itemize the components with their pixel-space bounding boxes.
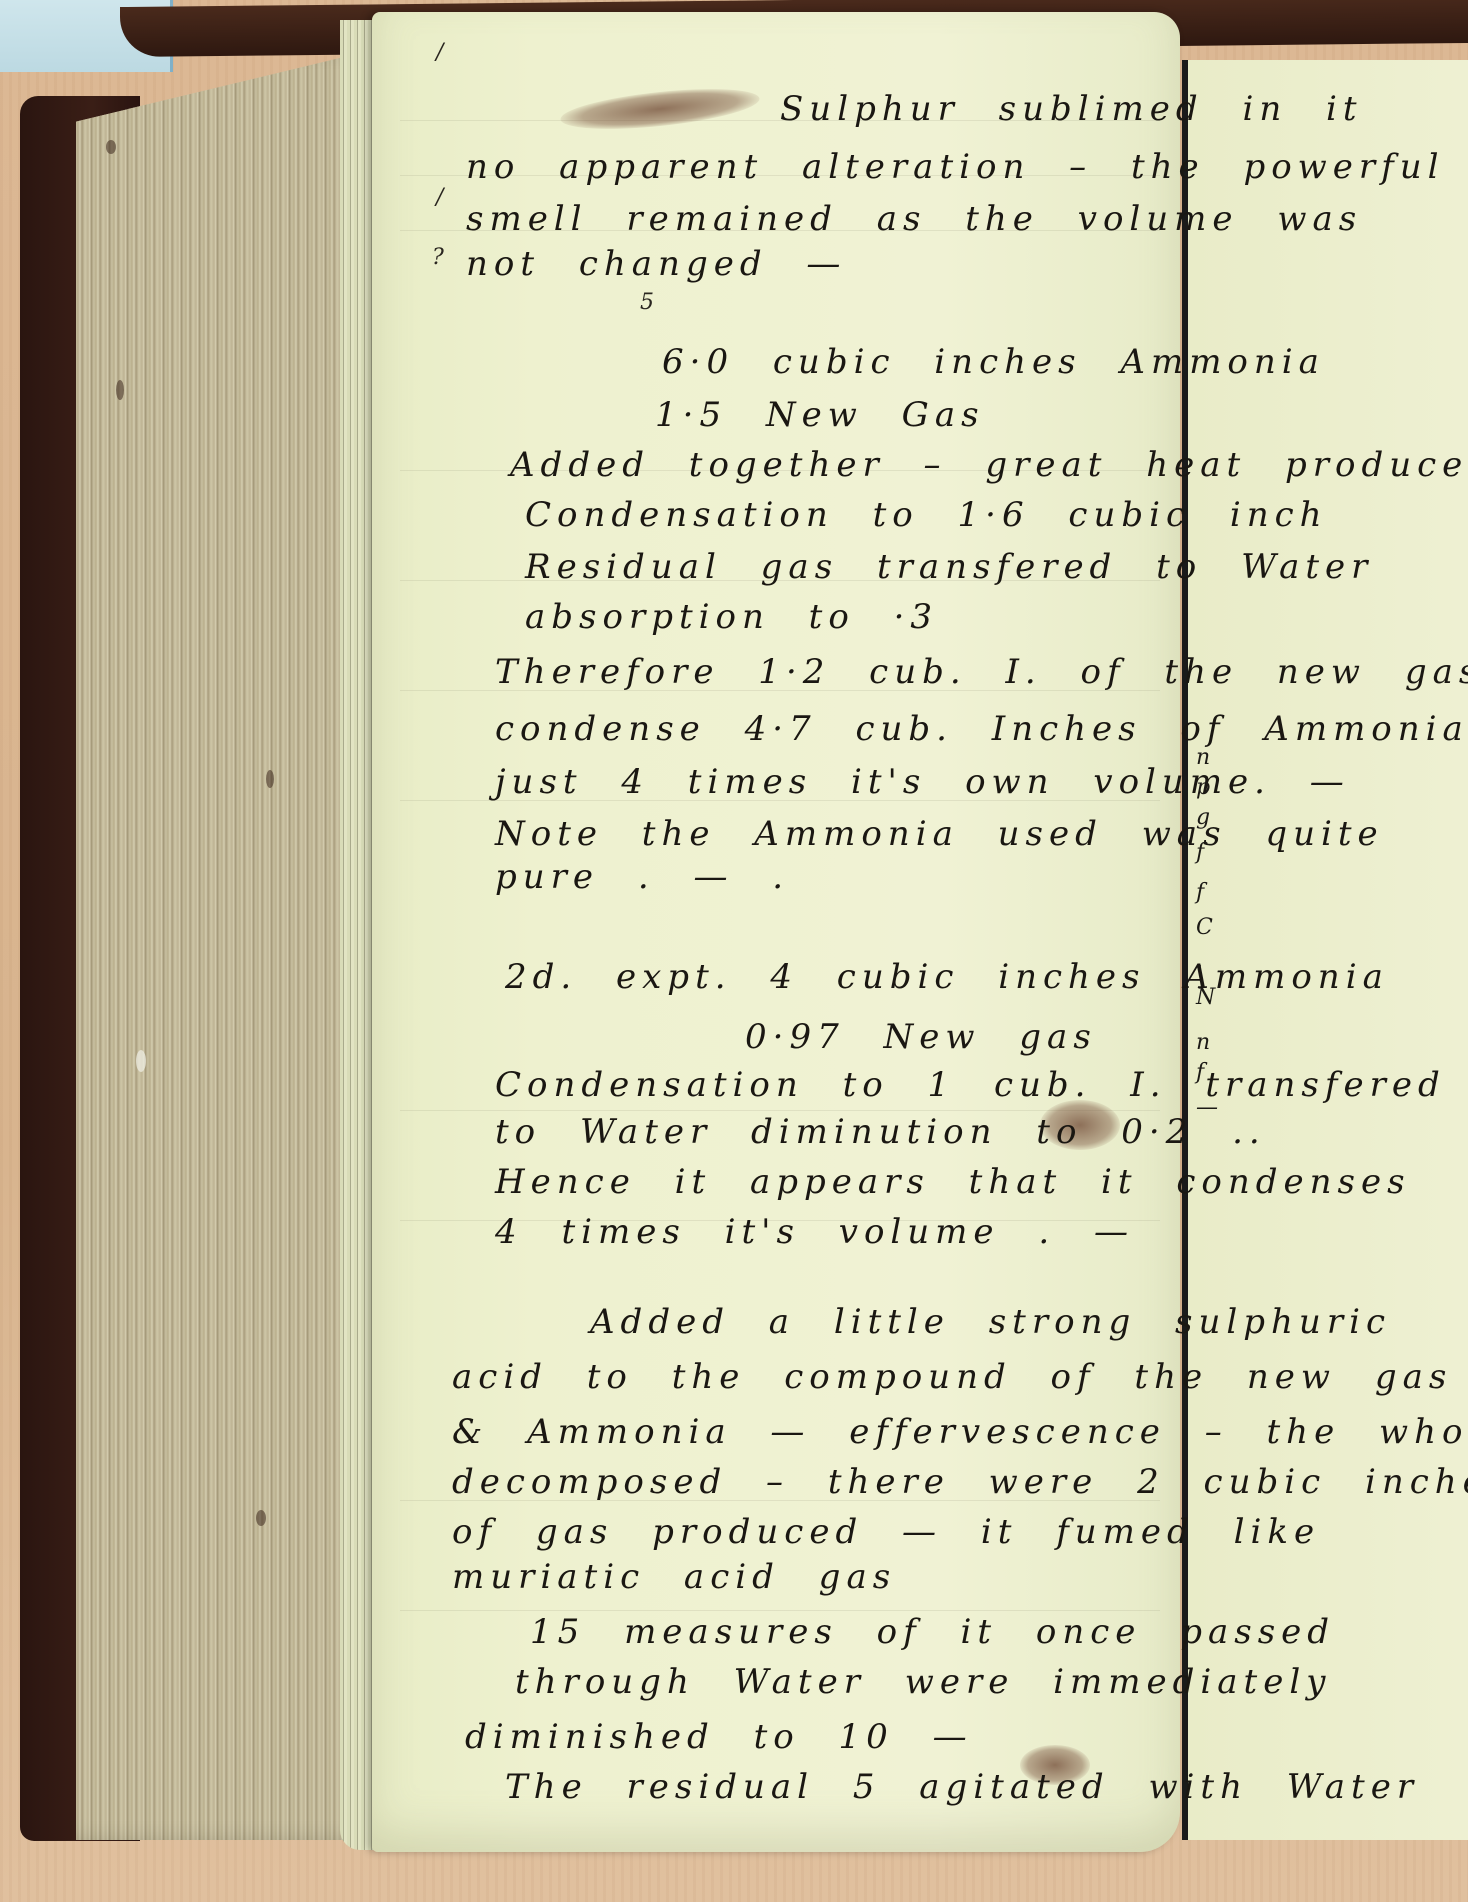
manuscript-line: 2d. expt. 4 cubic inches Ammonia bbox=[505, 960, 1389, 994]
manuscript-line: & Ammonia — effervescence – the whole bbox=[452, 1415, 1468, 1449]
manuscript-line: The residual 5 agitated with Water bbox=[505, 1770, 1419, 1804]
margin-mark: 5 bbox=[640, 290, 654, 315]
manuscript-line: Sulphur sublimed in it bbox=[780, 92, 1363, 126]
margin-mark: ? bbox=[432, 245, 444, 270]
manuscript-line: 1·5 New Gas bbox=[655, 398, 985, 432]
adjacent-page-fragment: f bbox=[1196, 880, 1204, 905]
adjacent-page-fragment: g bbox=[1196, 805, 1210, 830]
adjacent-page-fragment: N bbox=[1196, 985, 1215, 1010]
adjacent-page-fragment: n bbox=[1196, 745, 1210, 770]
fore-edge-spot bbox=[106, 140, 116, 154]
manuscript-line: no apparent alteration – the powerful bbox=[466, 150, 1445, 184]
manuscript-line: not changed — bbox=[466, 247, 846, 281]
fore-edge-spot bbox=[256, 1510, 266, 1526]
ruled-line bbox=[400, 1610, 1160, 1611]
adjacent-page-fragment: f bbox=[1196, 1060, 1204, 1085]
fore-edge-spot bbox=[266, 770, 274, 788]
manuscript-line: muriatic acid gas bbox=[452, 1560, 896, 1594]
fore-edge-spot bbox=[116, 380, 124, 400]
manuscript-line: pure . — . bbox=[495, 860, 789, 894]
manuscript-line: just 4 times it's own volume. — bbox=[495, 765, 1350, 799]
manuscript-line: diminished to 10 — bbox=[465, 1720, 973, 1754]
manuscript-line: absorption to ·3 bbox=[525, 600, 938, 634]
margin-mark: / bbox=[436, 185, 443, 210]
manuscript-line: Condensation to 1·6 cubic inch bbox=[525, 498, 1328, 532]
manuscript-line: Note the Ammonia used was quite bbox=[495, 817, 1384, 851]
page-edges bbox=[340, 20, 376, 1850]
adjacent-page-fragment: — bbox=[1196, 1095, 1218, 1120]
manuscript-line: 15 measures of it once passed bbox=[530, 1615, 1335, 1649]
manuscript-line: of gas produced — it fumed like bbox=[452, 1515, 1320, 1549]
fore-edge-spot bbox=[136, 1050, 146, 1072]
adjacent-page-fragment: p bbox=[1196, 775, 1210, 800]
manuscript-line: Added a little strong sulphuric bbox=[590, 1305, 1391, 1339]
manuscript-line: smell remained as the volume was bbox=[466, 202, 1362, 236]
manuscript-line: Hence it appears that it condenses bbox=[495, 1165, 1411, 1199]
manuscript-line: 4 times it's volume . — bbox=[495, 1215, 1134, 1249]
adjacent-page-fragment: n bbox=[1196, 1030, 1210, 1055]
manuscript-line: Condensation to 1 cub. I. transfered bbox=[495, 1068, 1446, 1102]
adjacent-page-fragment: f bbox=[1196, 840, 1204, 865]
manuscript-line: 6·0 cubic inches Ammonia bbox=[662, 345, 1325, 379]
margin-mark: / bbox=[436, 40, 443, 65]
manuscript-line: Added together – great heat produced – bbox=[510, 448, 1468, 482]
adjacent-page bbox=[1182, 60, 1468, 1840]
adjacent-page-fragment: · bbox=[1196, 955, 1203, 980]
manuscript-line: condense 4·7 cub. Inches of Ammonia – bbox=[495, 712, 1468, 746]
manuscript-line: to Water diminution to 0·2 .. bbox=[495, 1115, 1266, 1149]
manuscript-line: through Water were immediately bbox=[515, 1665, 1331, 1699]
manuscript-line: Therefore 1·2 cub. I. of the new gas bbox=[495, 655, 1468, 689]
adjacent-page-fragment: C bbox=[1196, 915, 1213, 940]
manuscript-line: decomposed – there were 2 cubic inches bbox=[452, 1465, 1468, 1499]
manuscript-line: acid to the compound of the new gas bbox=[452, 1360, 1452, 1394]
manuscript-line: 0·97 New gas bbox=[745, 1020, 1097, 1054]
manuscript-line: Residual gas transfered to Water bbox=[525, 550, 1373, 584]
